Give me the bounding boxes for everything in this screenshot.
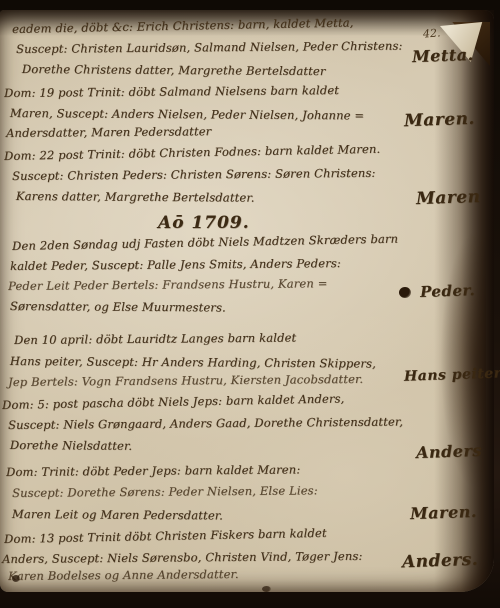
record-line: Suscept: Christen Lauridsøn, Salmand Nie… — [16, 41, 403, 56]
record-line: Maren, Suscept: Anders Nielsen, Peder Ni… — [10, 108, 364, 122]
page-number: 42. — [423, 26, 441, 40]
record-line: Dorethe Christens datter, Margrethe Bert… — [22, 64, 326, 78]
paper-sheet: 42. eadem die, döbt &c: Erich Christens:… — [0, 10, 494, 592]
record-line: Dom: Trinit: döbt Peder Jeps: barn kalde… — [6, 464, 300, 478]
record-line: Dom: 5: post pascha döbt Niels Jeps: bar… — [2, 393, 345, 411]
record-line: Suscept: Dorethe Sørens: Peder Nielsen, … — [12, 485, 318, 499]
margin-name: Hans peiter. — [404, 365, 500, 385]
margin-name: Maren. — [410, 502, 478, 523]
year-heading: Aō 1709. — [158, 213, 250, 233]
record-line: Suscept: Christen Peders: Christen Søren… — [12, 168, 376, 183]
record-line: Maren Leit og Maren Pedersdatter. — [12, 509, 223, 522]
margin-name: Anders — [416, 441, 482, 462]
record-line: Dom: 19 post Trinit: döbt Salmand Nielse… — [4, 85, 339, 99]
record-line: Dom: 22 post Trinit: döbt Christen Fodne… — [4, 144, 380, 163]
record-line: Karen Bodelses og Anne Andersdatter. — [8, 569, 239, 583]
record-line: Anders, Suscept: Niels Sørensbo, Christe… — [2, 551, 363, 566]
margin-name: Metta. — [412, 45, 474, 66]
record-line: Dorethe Nielsdatter. — [10, 440, 132, 452]
record-line: Dom: 13 post Trinit döbt Christen Fisker… — [4, 528, 327, 546]
record-line: Hans peiter, Suscept: Hr Anders Harding,… — [10, 356, 376, 370]
record-line: Suscept: Niels Grøngaard, Anders Gaad, D… — [8, 417, 403, 432]
record-line: Den 10 april: döbt Lauridtz Langes barn … — [14, 333, 296, 347]
record-line: eadem die, döbt &c: Erich Christens: bar… — [12, 17, 354, 35]
margin-name: Maren — [416, 187, 481, 209]
scanned-register-page: 42. eadem die, döbt &c: Erich Christens:… — [0, 0, 500, 608]
record-line: kaldet Peder, Suscept: Palle Jens Smits,… — [10, 258, 341, 272]
ink-blot — [12, 575, 20, 582]
record-line: Jep Bertels: Vogn Frandsens Hustru, Kier… — [8, 374, 363, 389]
ink-blot — [399, 287, 411, 298]
margin-name: Maren. — [404, 109, 476, 131]
record-line: Karens datter, Margrethe Bertelsdatter. — [16, 191, 255, 204]
record-line: Peder Leit Peder Bertels: Frandsens Hust… — [8, 278, 328, 292]
record-line: Andersdatter, Maren Pedersdatter — [6, 126, 211, 139]
ink-blot — [262, 586, 271, 592]
margin-name: Anders. — [402, 550, 479, 573]
record-line: Den 2den Søndag udj Fasten döbt Niels Ma… — [12, 234, 398, 253]
margin-name: Peder. — [420, 281, 476, 301]
record-line: Sørensdatter, og Else Muurmesters. — [10, 301, 226, 314]
